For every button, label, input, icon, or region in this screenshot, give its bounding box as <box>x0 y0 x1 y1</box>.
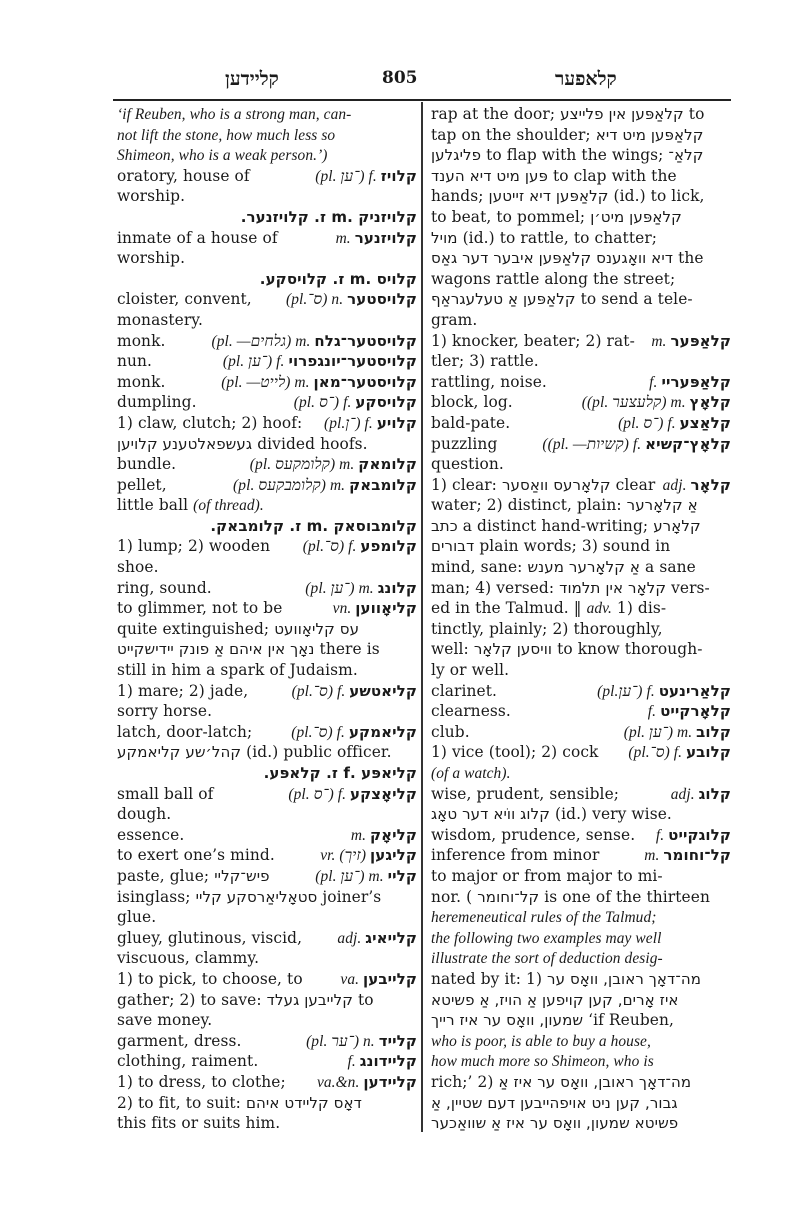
english-gloss: monk. <box>117 332 166 350</box>
english-gloss: gram. <box>431 311 477 329</box>
definition-text: dough. <box>117 805 171 823</box>
headword: קלאַצע <box>680 414 731 432</box>
headword: קלויסטער־יונגפרוי <box>288 352 417 370</box>
english-gloss: the following two examples may well <box>431 930 661 947</box>
headword-block: (pl. ־ס) f. קלאַצע <box>618 413 731 434</box>
definition-text: 1) vice (tool); 2) cock <box>431 742 598 763</box>
headword: קליידען <box>363 1073 417 1091</box>
entry-line: water; 2) distinct, plain: אַ קלאָרער <box>431 495 731 516</box>
headword: קלוג <box>699 785 731 803</box>
headword-block: (pl. ־ען) f. קלויז <box>315 166 417 187</box>
english-gloss: sorry horse. <box>117 702 212 720</box>
english-gloss: rap at the door; <box>431 105 555 123</box>
definition-text: puzzling <box>431 434 497 455</box>
entry-line: bundle.(pl. קלומקעס) m. קלומאק <box>117 454 417 475</box>
entry-line: געשפאלטענע קלויען divided hoofs. <box>117 434 417 455</box>
grammar-label: adj. <box>337 930 365 947</box>
definition-text: bald-pate. <box>431 413 510 434</box>
entry-line: גבור, קען ניט אויפהייבען דעם שטיין, אַ <box>431 1093 731 1114</box>
grammar-label: (pl. ־ער) n. <box>306 1033 379 1050</box>
headword: קליידונג <box>360 1052 417 1070</box>
english-gloss: well: <box>431 640 469 658</box>
entry-line: 1) clear: קלאָרעס וואַסער clearadj. קלאָ… <box>431 475 731 496</box>
english-gloss: isinglass; <box>117 888 191 906</box>
entry-line: 1) mare; 2) jade,(pl.ס־) f. קליאטשע <box>117 681 417 702</box>
header-rule <box>113 99 731 101</box>
headword: קליאָצקע <box>350 785 417 803</box>
definition-text: tler; 3) rattle. <box>431 352 539 370</box>
definition-text: hands; קלאַפּען דיא זייטען (id.) to lick… <box>431 187 705 205</box>
entry-line: inmate of a house ofm. קלויזנער <box>117 228 417 249</box>
headword: קלומפע <box>360 537 417 555</box>
definition-text: פשיטא שמעון, וואָס ער איז אַ שוואַכער <box>431 1114 678 1132</box>
english-gloss: ring, sound. <box>117 579 212 597</box>
definition-text: to major or from major to mi- <box>431 867 663 885</box>
entry-line: קלויזניק .m ז. קלויזנער. <box>117 207 417 228</box>
english-gloss: to beat, to pommel; <box>431 208 585 226</box>
english-gloss-cont: is one of the thirteen <box>544 888 710 906</box>
english-gloss: to exert one’s mind. <box>117 846 275 864</box>
english-gloss: 1) to dress, to clothe; <box>117 1073 286 1091</box>
definition-text: the following two examples may well <box>431 929 661 947</box>
definition-text: save money. <box>117 1011 212 1029</box>
entry-line: who is poor, is able to buy a house, <box>431 1031 731 1052</box>
english-gloss: garment, dress. <box>117 1032 241 1050</box>
entry-line: monk.(pl. —לייט) m. קלויסטער־מאן <box>117 372 417 393</box>
entry-line: 1) to pick, to choose, tova. קלייבען <box>117 969 417 990</box>
headword: קלויסטער־מאן <box>314 373 417 391</box>
english-gloss: question. <box>431 455 504 473</box>
definition-text: well: וויסען קלאָר to know thorough- <box>431 640 703 658</box>
headword: קלייד <box>379 1032 417 1050</box>
yiddish-example: קלאָרע <box>653 517 701 535</box>
entry-line: not lift the stone, how much less so <box>117 125 417 146</box>
entry-line: gather; 2) to save: קלייבען געלד to <box>117 990 417 1011</box>
definition-text: monk. <box>117 372 166 393</box>
definition-text: to beat, to pommel; קלאַפּען מיט׳ן <box>431 208 682 226</box>
yiddish-phrase: מויל <box>431 229 458 247</box>
definition-text: monk. <box>117 331 166 352</box>
yiddish-example: קלאַפּען מיט דיא <box>596 126 704 144</box>
grammar-label: (pl. ־ען) f. <box>223 353 289 370</box>
definition-text: clothing, raiment. <box>117 1051 258 1072</box>
grammar-note: adv. <box>587 600 612 617</box>
headword-block: (pl. ־ען) m. קלונג <box>305 578 417 599</box>
definition-text: tinctly, plainly; 2) thoroughly, <box>431 620 663 638</box>
grammar-label: (pl.ס־) f. <box>291 724 349 741</box>
english-gloss: puzzling <box>431 435 497 453</box>
definition-text: פּען מיט דיא הענד to clap with the <box>431 167 677 185</box>
entry-line: mind, sane: אַ קלאָרער מענש a sane <box>431 557 731 578</box>
definition-text: wisdom, prudence, sense. <box>431 825 635 846</box>
definition-text: isinglass; סטאָליאַרסקע קליי joiner’s <box>117 888 381 906</box>
column-divider <box>421 102 423 1132</box>
yiddish-phrase: נאָך אין איהם אַ פונק יידישקייט <box>117 640 315 658</box>
cross-reference-headword: קליאפּע .f ז. קלאפּע. <box>264 764 417 782</box>
english-gloss: oratory, house of <box>117 167 250 185</box>
entry-line: monastery. <box>117 310 417 331</box>
definition-text: shoe. <box>117 558 159 576</box>
grammar-label: m. <box>336 230 355 247</box>
running-head-right-word: קלאפער <box>555 68 617 91</box>
definition-text: question. <box>431 455 504 473</box>
entry-line: כתב a distinct hand-writing; קלאָרע <box>431 516 731 537</box>
entry-line: tler; 3) rattle. <box>431 351 731 372</box>
headword: קלאָץ <box>690 393 731 411</box>
english-gloss: the <box>678 249 704 267</box>
entry-line: ed in the Talmud. ‖ adv. 1) dis- <box>431 598 731 619</box>
definition-text: club. <box>431 722 470 743</box>
entry-line: tap on the shoulder; קלאַפּען מיט דיא <box>431 125 731 146</box>
cross-reference-headword: קלויזניק .m ז. קלויזנער. <box>241 208 417 226</box>
entry-line: wisdom, prudence, sense.f. קלוגקייט <box>431 825 731 846</box>
entry-line: worship. <box>117 248 417 269</box>
entry-line: worship. <box>117 186 417 207</box>
definition-text: clearness. <box>431 701 511 722</box>
entry-line: still in him a spark of Judaism. <box>117 660 417 681</box>
entry-line: (of a watch). <box>431 763 731 784</box>
headword: קליי <box>388 867 417 885</box>
entry-line: block, log.((pl. קלעצער) m. קלאָץ <box>431 392 731 413</box>
definition-text: mind, sane: אַ קלאָרער מענש a sane <box>431 558 696 576</box>
entry-line: קלויס .m ז. קלויסקע. <box>117 269 417 290</box>
grammar-label: (pl. —לייט) m. <box>221 374 313 391</box>
english-gloss: quite extinguished; <box>117 620 269 638</box>
headword-block: (pl. קלומקעס) m. קלומאק <box>250 454 417 475</box>
definition-text: not lift the stone, how much less so <box>117 126 335 144</box>
entry-line: man; 4) versed: קלאָר אין תלמוד vers- <box>431 578 731 599</box>
english-gloss: club. <box>431 723 470 741</box>
english-gloss: to send a tele- <box>581 290 693 308</box>
english-gloss: rattling, noise. <box>431 373 547 391</box>
definition-text: 1) knocker, beater; 2) rat- <box>431 331 635 352</box>
headword-block: (pl. ־ען) m. קלוב <box>624 722 731 743</box>
entry-line: ‘if Reuben, who is a strong man, can- <box>117 104 417 125</box>
entry-line: gluey, glutinous, viscid,adj. קלייאיג <box>117 928 417 949</box>
yiddish-example: מה־דאָך ראובן, וואָס ער איז אַ <box>498 1073 691 1091</box>
english-gloss: (id.) to rattle, to chatter; <box>463 229 658 247</box>
definition-text: 1) clear: קלאָרעס וואַסער clear <box>431 475 655 496</box>
yiddish-phrase: פשיטא שמעון, וואָס ער איז אַ שוואַכער <box>431 1114 678 1132</box>
definition-text: nor. ( קל־וחומר is one of the thirteen <box>431 888 710 906</box>
cross-reference-headword: קלומבוסאק .m ז. קלומבאק. <box>210 517 417 535</box>
entry-line: 1) knocker, beater; 2) rat-m. קלאַפּער <box>431 331 731 352</box>
definition-text: block, log. <box>431 392 513 413</box>
entry-line: 1) lump; 2) wooden(pl.ס־) f. קלומפע <box>117 536 417 557</box>
headword: קלויזנער <box>355 229 417 247</box>
yiddish-phrase: איז אָרים, קען קויפען אַ הויז, אַ פשיטא <box>431 991 679 1009</box>
headword: קלומאק <box>358 455 417 473</box>
headword-block: (pl.ס־) f. קלובע <box>628 742 731 763</box>
definition-text: rap at the door; קלאַפּען אין פלייצע to <box>431 105 704 123</box>
headword: קלויסטער־גלח <box>314 332 417 350</box>
entry-line: question. <box>431 454 731 475</box>
entry-line: monk.(pl. —גלחים) m. קלויסטער־גלח <box>117 331 417 352</box>
headword-block: (pl. ־ען) f. קלויסטער־יונגפרוי <box>223 351 417 372</box>
english-gloss: glue. <box>117 908 156 926</box>
english-gloss: wisdom, prudence, sense. <box>431 826 635 844</box>
definition-text: 1) claw, clutch; 2) hoof: <box>117 413 302 434</box>
english-gloss: gluey, glutinous, viscid, <box>117 929 302 947</box>
entry-line: dumpling.(pl. ־ס) f. קלויסקע <box>117 392 417 413</box>
headword-block: (pl. ־ער) n. קלייד <box>306 1031 417 1052</box>
yiddish-example: דאָס קליידט איהם <box>246 1094 362 1112</box>
grammar-label: (pl. ־ס) f. <box>618 415 680 432</box>
grammar-label: m. <box>644 847 663 864</box>
left-column: ‘if Reuben, who is a strong man, can-not… <box>117 104 417 1134</box>
definition-text: 2) to fit, to suit: דאָס קליידט איהם <box>117 1094 362 1112</box>
grammar-label: f. <box>656 827 668 844</box>
english-gloss: water; 2) distinct, plain: <box>431 496 622 514</box>
definition-text: dumpling. <box>117 392 197 413</box>
definition-text: 1) lump; 2) wooden <box>117 536 270 557</box>
english-gloss: worship. <box>117 187 185 205</box>
entry-line: קלאַפּען אַ טעלעגראַף to send a tele- <box>431 289 731 310</box>
entry-line: paste, glue; פיש־קליי(pl. ־ען) m. קליי <box>117 866 417 887</box>
english-gloss: (id.) public officer. <box>246 743 392 761</box>
headword-block: (pl. —גלחים) m. קלויסטער־גלח <box>211 331 417 352</box>
yiddish-phrase: כתב <box>431 517 458 535</box>
english-gloss: hands; <box>431 187 484 205</box>
english-gloss: wagons rattle along the street; <box>431 270 675 288</box>
english-gloss: how much more so Shimeon, who is <box>431 1053 654 1070</box>
headword: קלויסקע <box>355 393 417 411</box>
definition-text: 1) to pick, to choose, to <box>117 969 303 990</box>
definition-text: nun. <box>117 351 152 372</box>
headword-block: (pl.ס־) f. קלומפע <box>303 536 417 557</box>
definition-text: nated by it: 1) מה־דאָך ראובן, וואָס ער <box>431 970 701 988</box>
english-gloss: bald-pate. <box>431 414 510 432</box>
headword: קלויסטער <box>347 290 417 308</box>
grammar-label: (pl. קלומבקעס) m. <box>233 477 349 494</box>
english-gloss: viscuous, clammy. <box>117 949 259 967</box>
definition-text: inference from minor <box>431 845 600 866</box>
english-gloss: 1) clear: <box>431 476 497 494</box>
definition-text: Shimeon, who is a weak person.’) <box>117 146 328 164</box>
english-gloss: clothing, raiment. <box>117 1052 258 1070</box>
entry-line: nor. ( קל־וחומר is one of the thirteen <box>431 887 731 908</box>
english-gloss-cont: joiner’s <box>322 888 381 906</box>
definition-text: inmate of a house of <box>117 228 278 249</box>
headword-block: va. קלייבען <box>340 969 417 990</box>
english-gloss: 2) to fit, to suit: <box>117 1094 241 1112</box>
entry-line: 1) to dress, to clothe;va.&n. קליידען <box>117 1072 417 1093</box>
english-gloss: there is <box>320 640 380 658</box>
english-gloss: dumpling. <box>117 393 197 411</box>
english-gloss: wise, prudent, sensible; <box>431 785 619 803</box>
definition-text: tap on the shoulder; קלאַפּען מיט דיא <box>431 126 704 144</box>
entry-line: inference from minorm. קל־וחומר <box>431 845 731 866</box>
definition-text: קהל׳שע קליאמקע (id.) public officer. <box>117 743 392 761</box>
english-gloss: not lift the stone, how much less so <box>117 127 335 144</box>
headword-block: m. קלאַפּער <box>651 331 731 352</box>
english-gloss: pellet, <box>117 476 167 494</box>
headword: קלומבאק <box>349 476 417 494</box>
english-gloss: ly or well. <box>431 661 509 679</box>
yiddish-example: קלאַ־ <box>668 146 703 164</box>
headword-block: adj. קלאָר <box>663 475 731 496</box>
definition-text: water; 2) distinct, plain: אַ קלאָרער <box>431 496 698 514</box>
definition-text: bundle. <box>117 454 176 475</box>
definition-text: who is poor, is able to buy a house, <box>431 1032 651 1050</box>
definition-text: this fits or suits him. <box>117 1114 280 1132</box>
headword: קלאַפּער <box>670 332 731 350</box>
grammar-label: vn. <box>333 600 356 617</box>
english-gloss: (id.) very wise. <box>555 805 672 823</box>
grammar-label: f. <box>649 374 661 391</box>
entry-line: קלומבוסאק .m ז. קלומבאק. <box>117 516 417 537</box>
running-head: קליידען 805 קלאפער <box>110 68 732 96</box>
english-gloss: ‘if Reuben, who is a strong man, can- <box>117 106 351 123</box>
right-column: rap at the door; קלאַפּען אין פלייצע tot… <box>431 104 731 1134</box>
entry-line: how much more so Shimeon, who is <box>431 1051 731 1072</box>
grammar-label: (pl. ־ען) f. <box>315 168 381 185</box>
yiddish-phrase: געשפאלטענע קלויען <box>117 435 252 453</box>
definition-text: pellet, <box>117 475 167 496</box>
english-gloss: little ball <box>117 496 188 514</box>
yiddish-example: מה־דאָך ראובן, וואָס ער <box>547 970 701 988</box>
english-gloss: shoe. <box>117 558 159 576</box>
headword: קלאַפּעריי <box>661 373 731 391</box>
entry-line: latch, door-latch;(pl.ס־) f. קליאמקע <box>117 722 417 743</box>
entry-line: save money. <box>117 1010 417 1031</box>
headword: קלאַרינעט <box>659 682 731 700</box>
definition-text: (of a watch). <box>431 764 511 782</box>
headword: קליאָווען <box>355 599 417 617</box>
english-gloss: 1) claw, clutch; 2) hoof: <box>117 414 302 432</box>
grammar-note: (of thread). <box>193 497 264 514</box>
definition-text: latch, door-latch; <box>117 722 252 743</box>
definition-text: rattling, noise. <box>431 372 547 393</box>
page-number: 805 <box>382 68 418 88</box>
grammar-label: va.&n. <box>317 1074 363 1091</box>
english-gloss: tap on the shoulder; <box>431 126 591 144</box>
grammar-label: ((pl. —קשיות) f. <box>542 436 645 453</box>
headword-block: (pl. —לייט) m. קלויסטער־מאן <box>221 372 417 393</box>
headword-block: f. קלאָרקייט <box>648 701 731 722</box>
english-gloss: paste, glue; <box>117 867 209 885</box>
grammar-label: (pl.ס־) f. <box>303 538 361 555</box>
definition-text: clarinet. <box>431 681 497 702</box>
yiddish-example: סטאָליאַרסקע קליי <box>196 888 318 906</box>
yiddish-phrase: שמעון, וואָס ער איז רייך <box>431 1011 583 1029</box>
english-gloss: to major or from major to mi- <box>431 867 663 885</box>
english-gloss: inference from minor <box>431 846 600 864</box>
grammar-label: (pl. קלומקעס) m. <box>250 456 359 473</box>
entry-line: gram. <box>431 310 731 331</box>
entry-line: bald-pate.(pl. ־ס) f. קלאַצע <box>431 413 731 434</box>
definition-text: man; 4) versed: קלאָר אין תלמוד vers- <box>431 579 710 597</box>
definition-text: 1) mare; 2) jade, <box>117 681 248 702</box>
headword-block: adj. קלייאיג <box>337 928 417 949</box>
definition-text: sorry horse. <box>117 702 212 720</box>
headword-block: (pl.ס־) n. קלויסטער <box>286 289 417 310</box>
english-gloss: (of a watch). <box>431 765 511 782</box>
english-gloss: bundle. <box>117 455 176 473</box>
definition-text: ly or well. <box>431 661 509 679</box>
headword-block: m. קלויזנער <box>336 228 417 249</box>
headword-block: f. קליידונג <box>348 1051 418 1072</box>
entry-line: quite extinguished; עס קליאָוועט <box>117 619 417 640</box>
grammar-label: f. <box>348 1053 360 1070</box>
definition-text: קלאַפּען אַ טעלעגראַף to send a tele- <box>431 290 693 308</box>
grammar-label: (pl.ס־) f. <box>292 683 350 700</box>
grammar-label: (pl.־ן) f. <box>324 415 377 432</box>
yiddish-example: קלאָרעס וואַסער <box>502 476 611 494</box>
headword: קלובע <box>686 743 731 761</box>
headword-block: f. קלאַפּעריי <box>649 372 731 393</box>
entry-line: 2) to fit, to suit: דאָס קליידט איהם <box>117 1093 417 1114</box>
yiddish-example: קל־וחומר <box>477 888 539 906</box>
grammar-label: adj. <box>663 477 691 494</box>
yiddish-example: פיש־קליי <box>214 867 269 885</box>
entry-line: 1) vice (tool); 2) cock(pl.ס־) f. קלובע <box>431 742 731 763</box>
entry-line: clearness.f. קלאָרקייט <box>431 701 731 722</box>
definition-text: heremeneutical rules of the Talmud; <box>431 908 657 926</box>
english-gloss: clearness. <box>431 702 511 720</box>
cross-reference-headword: קלויס .m ז. קלויסקע. <box>260 270 417 288</box>
english-gloss: tler; 3) rattle. <box>431 352 539 370</box>
headword: קלאָרקייט <box>660 702 731 720</box>
english-gloss: small ball of <box>117 785 213 803</box>
definition-text: to exert one’s mind. <box>117 845 275 866</box>
headword-block: va.&n. קליידען <box>317 1072 417 1093</box>
english-gloss-cont: to <box>689 105 705 123</box>
english-gloss-cont: to <box>358 991 374 1009</box>
yiddish-phrase: קלוג ווֹיא דער טאָג <box>431 805 550 823</box>
english-gloss: cloister, convent, <box>117 290 252 308</box>
english-gloss: 1) knocker, beater; 2) rat- <box>431 332 635 350</box>
entry-line: the following two examples may well <box>431 928 731 949</box>
english-gloss: tinctly, plainly; 2) thoroughly, <box>431 620 663 638</box>
english-gloss: nor. ( <box>431 888 472 906</box>
definition-text: how much more so Shimeon, who is <box>431 1052 654 1070</box>
yiddish-example: קלאָר אין תלמוד <box>559 579 666 597</box>
entry-line: wagons rattle along the street; <box>431 269 731 290</box>
headword: קליאמקע <box>349 723 417 741</box>
headword-block: (pl. ־ס) f. קלויסקע <box>294 392 417 413</box>
english-gloss: rich;’ 2) <box>431 1073 493 1091</box>
english-gloss: monastery. <box>117 311 203 329</box>
grammar-label: (pl. ־ען) m. <box>315 868 387 885</box>
entry-line: איז אָרים, קען קויפען אַ הויז, אַ פשיטא <box>431 990 731 1011</box>
english-gloss-cont: vers- <box>671 579 710 597</box>
definition-text: glue. <box>117 908 156 926</box>
definition-text: שמעון, וואָס ער איז רייך ‘if Reuben, <box>431 1011 674 1029</box>
grammar-label: ((pl. קלעצער) m. <box>582 394 690 411</box>
yiddish-example: עס קליאָוועט <box>274 620 359 638</box>
yiddish-phrase: דיא וואָגענס קלאַפּען איבער דער גאַס <box>431 249 673 267</box>
entry-line: oratory, house of(pl. ־ען) f. קלויז <box>117 166 417 187</box>
grammar-label: f. <box>648 703 660 720</box>
definition-text: 1) to dress, to clothe; <box>117 1072 286 1093</box>
definition-text: נאָך אין איהם אַ פונק יידישקייט there is <box>117 640 380 658</box>
entry-line: cloister, convent,(pl.ס־) n. קלויסטער <box>117 289 417 310</box>
definition-text: גבור, קען ניט אויפהייבען דעם שטיין, אַ <box>431 1094 678 1112</box>
definition-text: worship. <box>117 249 185 267</box>
headword: קלויז <box>381 167 417 185</box>
english-gloss: still in him a spark of Judaism. <box>117 661 358 679</box>
entry-line: to exert one’s mind.vr. (זיך) קליגען <box>117 845 417 866</box>
headword-block: (pl. ־ען) m. קליי <box>315 866 417 887</box>
grammar-label: m. <box>351 827 370 844</box>
entry-line: small ball of(pl. ־ס) f. קליאָצקע <box>117 784 417 805</box>
headword-block: (pl.־ען) f. קלאַרינעט <box>597 681 731 702</box>
yiddish-phrase: פּען מיט דיא הענד <box>431 167 548 185</box>
english-gloss: block, log. <box>431 393 513 411</box>
entry-line: rich;’ 2) מה־דאָך ראובן, וואָס ער איז אַ <box>431 1072 731 1093</box>
entry-line: clothing, raiment.f. קליידונג <box>117 1051 417 1072</box>
